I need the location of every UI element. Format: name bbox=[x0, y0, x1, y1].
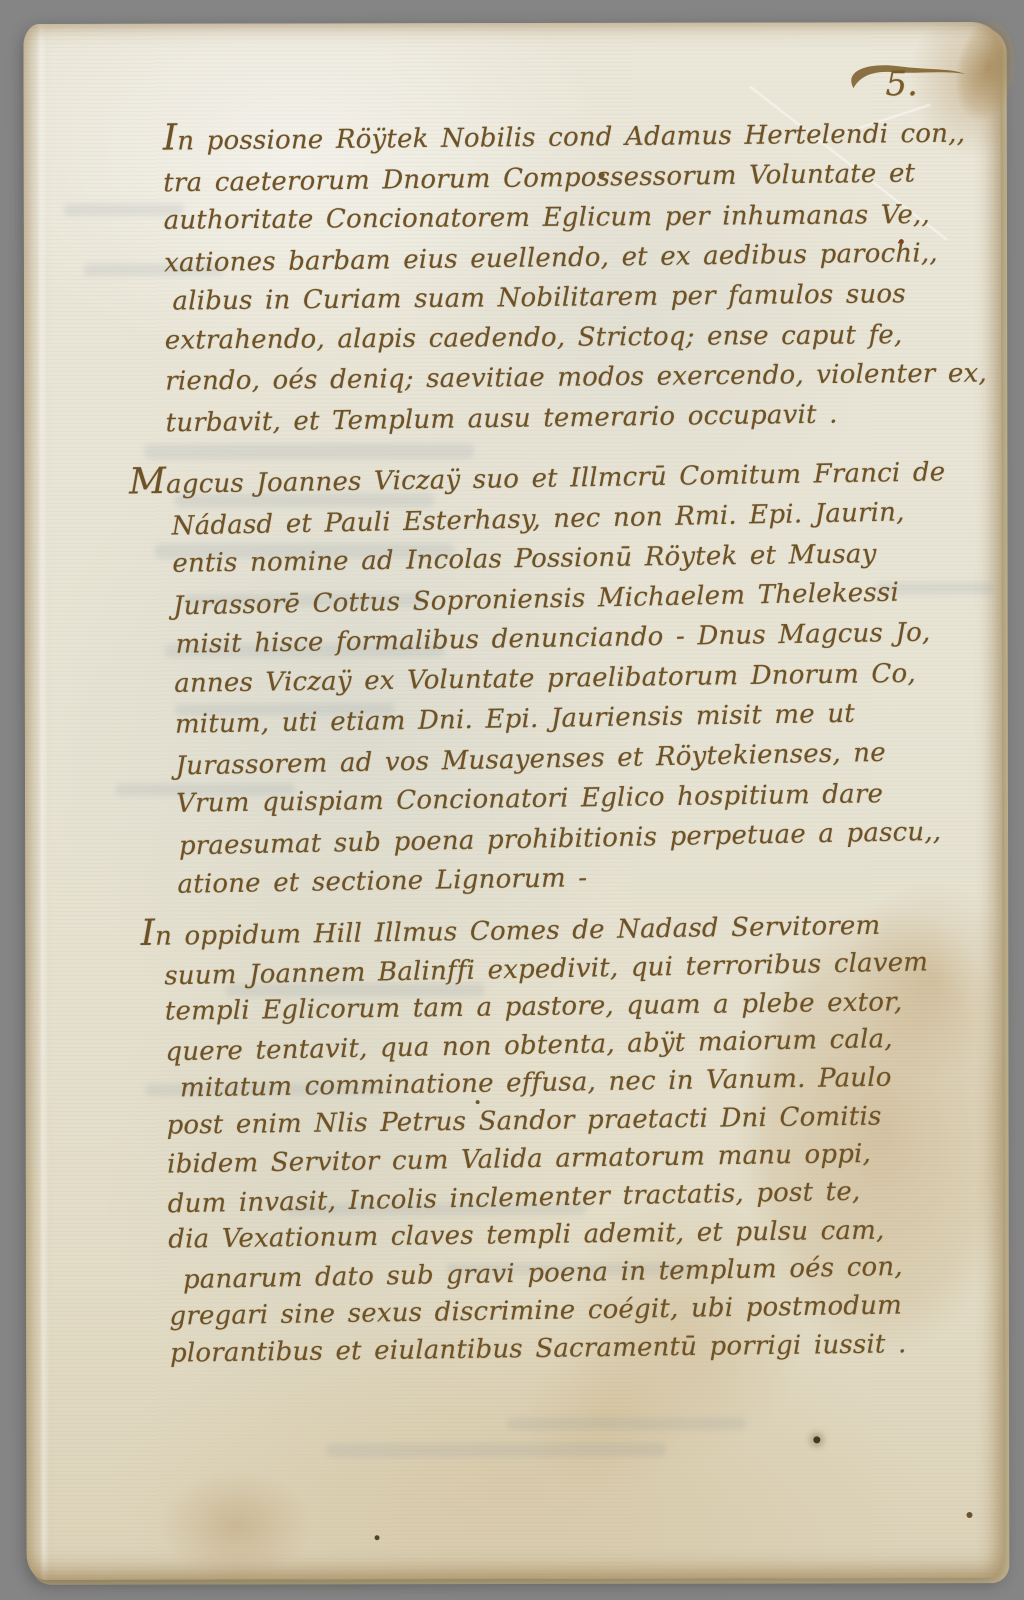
ink-speck bbox=[966, 1512, 972, 1518]
manuscript-line: alibus in Curiam suam Nobilitarem per fa… bbox=[172, 274, 938, 322]
paragraph: In oppidum Hill Illmus Comes de Nadasd S… bbox=[133, 903, 950, 1374]
manuscript-page: 5. In possione Röÿtek Nobilis cond Adamu… bbox=[23, 22, 1003, 1580]
manuscript-line: extrahendo, alapis caedendo, Strictoq; e… bbox=[165, 315, 939, 361]
manuscript-line: turbavit, et Templum ausu temerario occu… bbox=[165, 393, 939, 443]
bleed-through-mark bbox=[326, 1443, 666, 1458]
manuscript-text: In possione Röÿtek Nobilis cond Adamus H… bbox=[127, 111, 949, 1372]
bleed-through-mark bbox=[506, 1418, 746, 1431]
paragraph: Magcus Joannes Viczaÿ suo et Illmcrū Com… bbox=[129, 449, 946, 905]
ink-speck bbox=[375, 1535, 380, 1540]
page-number-value: 5. bbox=[885, 64, 918, 104]
ink-speck bbox=[813, 1436, 820, 1443]
paragraph: In possione Röÿtek Nobilis cond Adamus H… bbox=[127, 111, 940, 442]
